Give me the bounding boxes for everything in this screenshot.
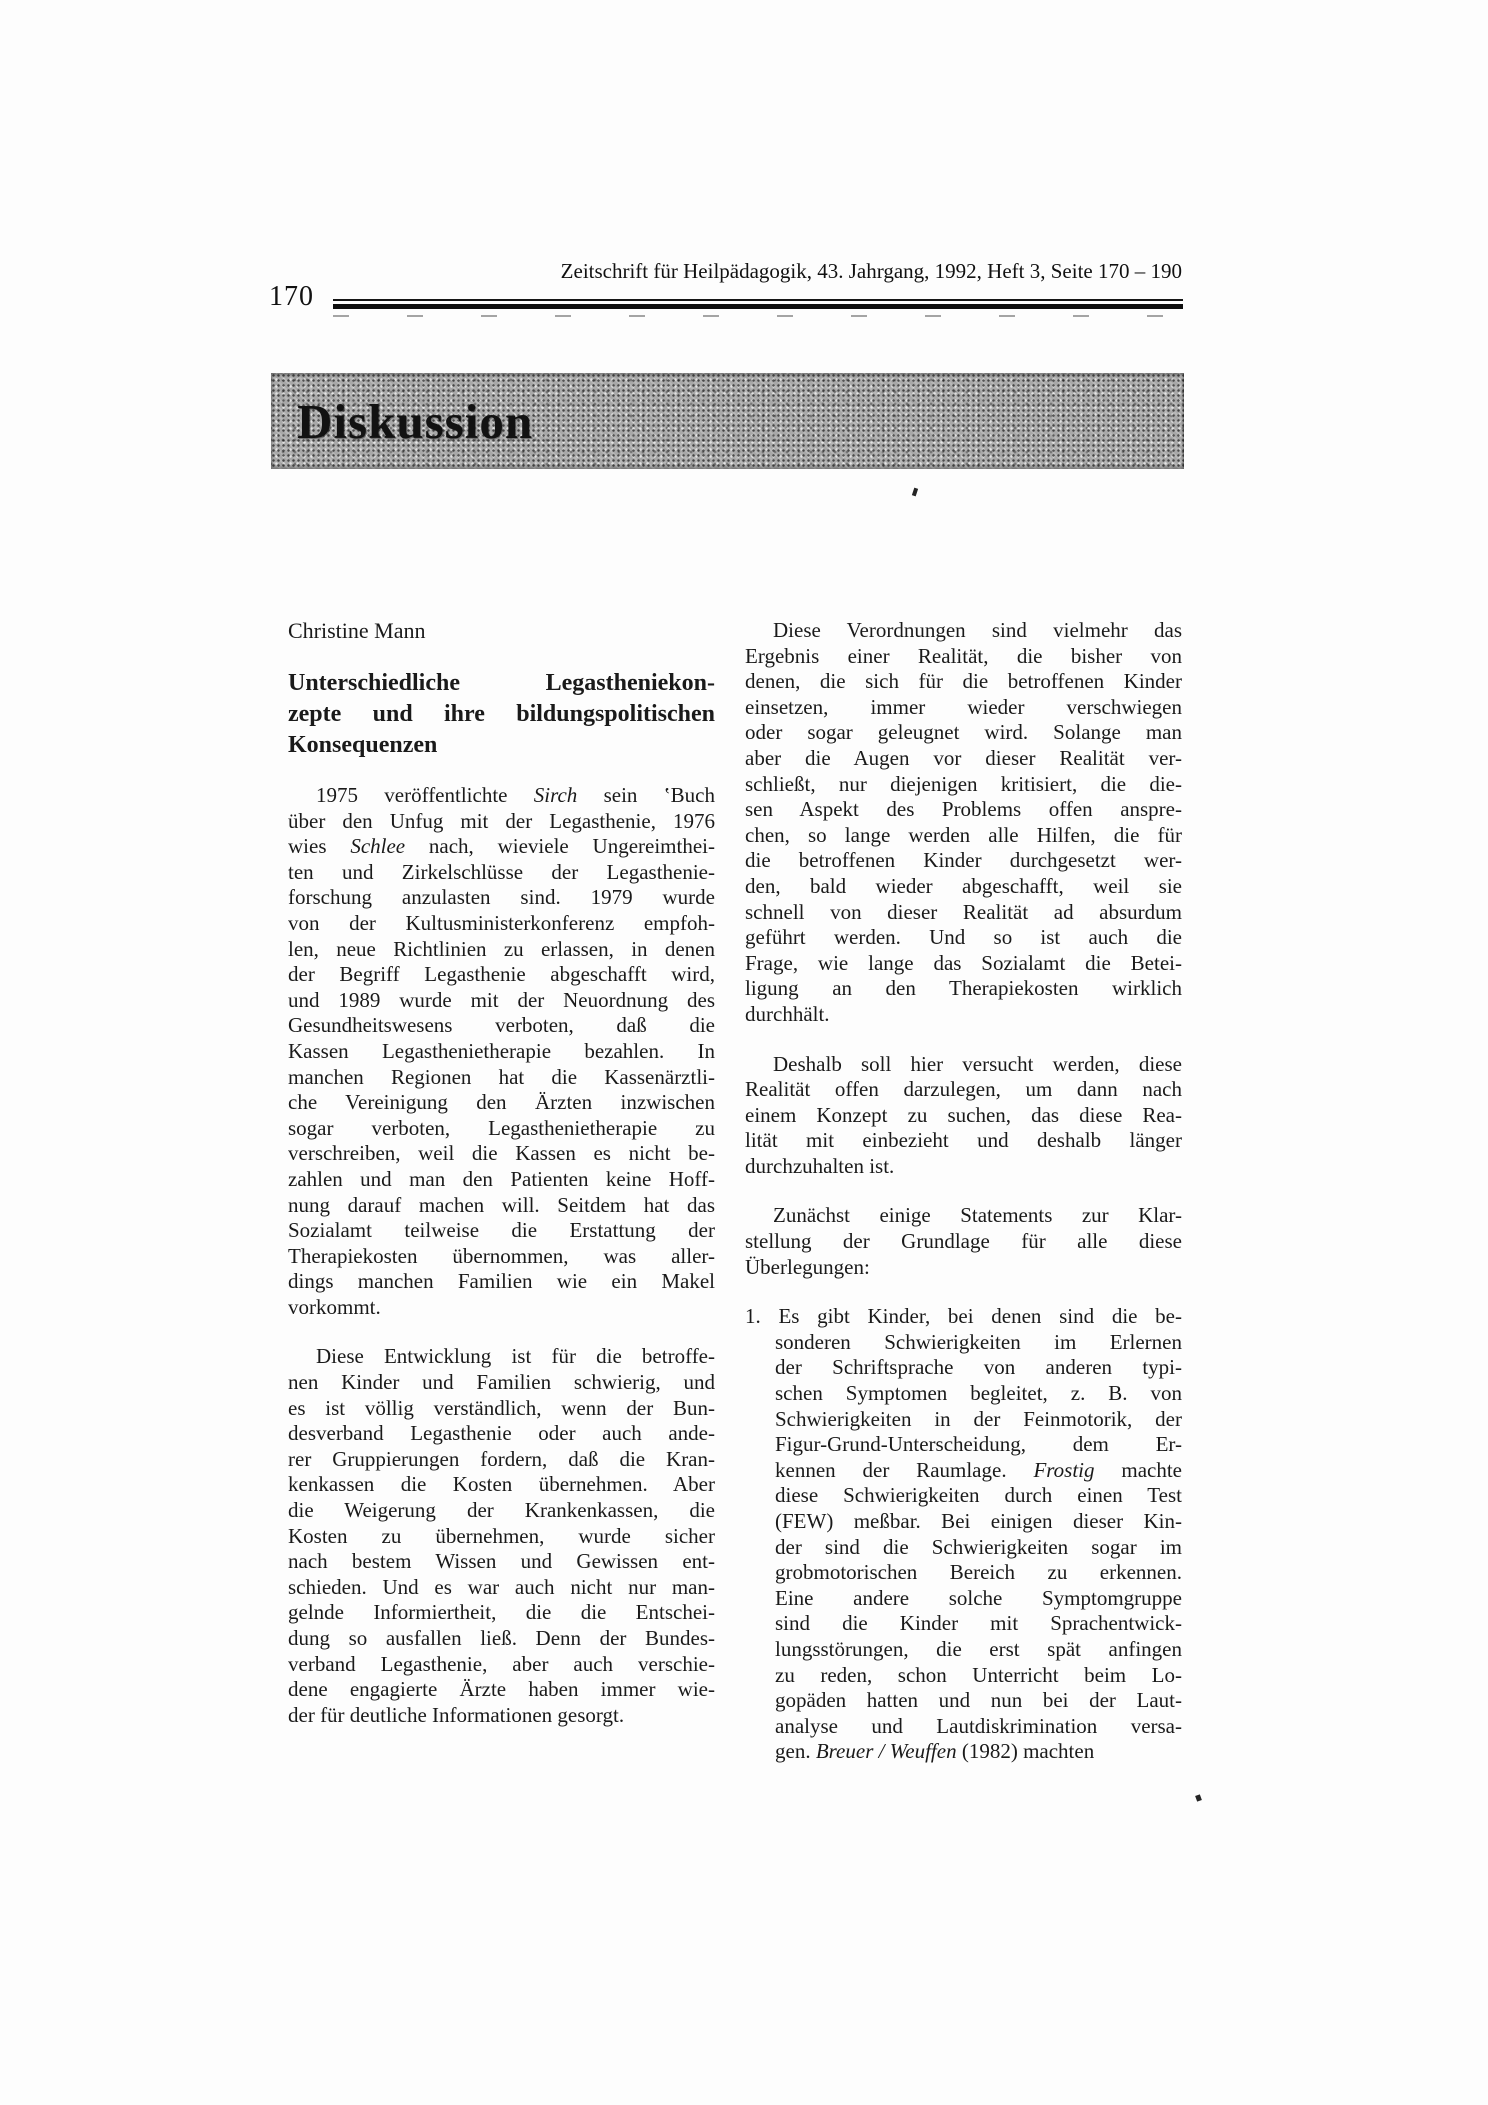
- article-author: Christine Mann: [288, 618, 715, 644]
- text-line: von der Kultusministerkonferenz empfoh-: [288, 911, 715, 937]
- text-line: die betroffenen Kinder durchgesetzt wer-: [745, 848, 1182, 874]
- text-line: schieden. Und es war auch nicht nur man-: [288, 1575, 715, 1601]
- text-line: ligung an den Therapiekosten wirklich: [745, 976, 1182, 1002]
- text-line: sind die Kinder mit Sprachentwick-: [775, 1611, 1182, 1637]
- title-line: zepte und ihre bildungspolitischen: [288, 699, 715, 730]
- text-line: Eine andere solche Symptomgruppe: [775, 1586, 1182, 1612]
- numbered-item: 1. Es gibt Kinder, bei denen sind die be…: [745, 1304, 1182, 1765]
- rule-noise: [333, 315, 1183, 317]
- text-line: einem Konzept zu suchen, das diese Rea-: [745, 1103, 1182, 1129]
- text-line: chen, so lange werden alle Hilfen, die f…: [745, 823, 1182, 849]
- text-line: dings manchen Familien wie ein Makel: [288, 1269, 715, 1295]
- text-line: diese Schwierigkeiten durch einen Test: [775, 1483, 1182, 1509]
- text-line: schen Symptomen begleitet, z. B. von: [775, 1381, 1182, 1407]
- text-line: die Weigerung der Krankenkassen, die: [288, 1498, 715, 1524]
- text-line: lität mit einbezieht und deshalb länger: [745, 1128, 1182, 1154]
- text-line: Diese Entwicklung ist für die betroffe-: [288, 1344, 715, 1370]
- text-line: vorkommt.: [288, 1295, 715, 1321]
- article-body: Christine Mann Unterschiedliche Legasthe…: [288, 618, 1182, 1765]
- text-line: manchen Regionen hat die Kassenärztli-: [288, 1065, 715, 1091]
- text-line: durchzuhalten ist.: [745, 1154, 1182, 1180]
- text-line: nung darauf machen will. Seitdem hat das: [288, 1193, 715, 1219]
- text-line: und 1989 wurde mit der Neuordnung des: [288, 988, 715, 1014]
- text-line: len, neue Richtlinien zu erlassen, in de…: [288, 937, 715, 963]
- text-line: Ergebnis einer Realität, die bisher von: [745, 644, 1182, 670]
- text-line: Schwierigkeiten in der Feinmotorik, der: [775, 1407, 1182, 1433]
- journal-header: Zeitschrift für Heilpädagogik, 43. Jahrg…: [561, 259, 1182, 284]
- paragraph: Deshalb soll hier versucht werden, diese…: [745, 1052, 1182, 1180]
- text-line: der für deutliche Informationen gesorgt.: [288, 1703, 715, 1729]
- text-line: Therapiekosten übernommen, was aller-: [288, 1244, 715, 1270]
- text-line: ten und Zirkelschlüsse der Legasthenie-: [288, 860, 715, 886]
- right-column: Diese Verordnungen sind vielmehr dasErge…: [745, 618, 1182, 1765]
- text-line: gelnde Informiertheit, die die Entschei-: [288, 1600, 715, 1626]
- text-line: Deshalb soll hier versucht werden, diese: [745, 1052, 1182, 1078]
- text-line: stellung der Grundlage für alle diese: [745, 1229, 1182, 1255]
- text-line: Zunächst einige Statements zur Klar-: [745, 1203, 1182, 1229]
- text-line: verband Legasthenie, aber auch verschie-: [288, 1652, 715, 1678]
- text-line: forschung anzulasten sind. 1979 wurde: [288, 885, 715, 911]
- text-line: Kassen Legasthenietherapie bezahlen. In: [288, 1039, 715, 1065]
- title-line: Unterschiedliche Legastheniekon-: [288, 668, 715, 699]
- text-line: kennen der Raumlage. Frostig machte: [775, 1458, 1182, 1484]
- text-line: durchhält.: [745, 1002, 1182, 1028]
- text-line: 1975 veröffentlichte Sirch sein ‛Buch: [288, 783, 715, 809]
- text-line: der Schriftsprache von anderen typi-: [775, 1355, 1182, 1381]
- text-line: Realität offen darzulegen, um dann nach: [745, 1077, 1182, 1103]
- text-line: sen Aspekt des Problems offen anspre-: [745, 797, 1182, 823]
- scan-artifact: [912, 488, 918, 497]
- text-line: grobmotorischen Bereich zu erkennen.: [775, 1560, 1182, 1586]
- text-line: oder sogar geleugnet wird. Solange man: [745, 720, 1182, 746]
- text-line: wies Schlee nach, wieviele Ungereimthei-: [288, 834, 715, 860]
- paragraph: Diese Entwicklung ist für die betroffe-n…: [288, 1344, 715, 1728]
- text-line: (FEW) meßbar. Bei einigen dieser Kin-: [775, 1509, 1182, 1535]
- text-line: Gesundheitswesens verboten, daß die: [288, 1013, 715, 1039]
- text-line: zahlen und man den Patienten keine Hoff-: [288, 1167, 715, 1193]
- text-line: aber die Augen vor dieser Realität ver-: [745, 746, 1182, 772]
- text-line: Überlegungen:: [745, 1255, 1182, 1281]
- text-line: es ist völlig verständlich, wenn der Bun…: [288, 1396, 715, 1422]
- text-line: lungsstörungen, die erst spät anfingen: [775, 1637, 1182, 1663]
- text-line: Frage, wie lange das Sozialamt die Betei…: [745, 951, 1182, 977]
- text-line: analyse und Lautdiskrimination versa-: [775, 1714, 1182, 1740]
- text-line: Kosten zu übernehmen, wurde sicher: [288, 1524, 715, 1550]
- text-line: che Vereinigung den Ärzten inzwischen: [288, 1090, 715, 1116]
- article-title: Unterschiedliche Legastheniekon-zepte un…: [288, 668, 715, 761]
- text-line: sonderen Schwierigkeiten im Erlernen: [775, 1330, 1182, 1356]
- text-line: dene engagierte Ärzte haben immer wie-: [288, 1677, 715, 1703]
- text-line: sogar verboten, Legasthenietherapie zu: [288, 1116, 715, 1142]
- text-line: Sozialamt teilweise die Erstattung der: [288, 1218, 715, 1244]
- paragraph: Diese Verordnungen sind vielmehr dasErge…: [745, 618, 1182, 1028]
- text-line: 1. Es gibt Kinder, bei denen sind die be…: [775, 1304, 1182, 1330]
- text-line: nach bestem Wissen und Gewissen ent-: [288, 1549, 715, 1575]
- text-line: nen Kinder und Familien schwierig, und: [288, 1370, 715, 1396]
- paragraph: 1975 veröffentlichte Sirch sein ‛Buchübe…: [288, 783, 715, 1320]
- text-line: rer Gruppierungen fordern, daß die Kran-: [288, 1447, 715, 1473]
- document-page: 170 Zeitschrift für Heilpädagogik, 43. J…: [0, 0, 1488, 2105]
- header-rule: [333, 299, 1183, 317]
- rule-thin: [333, 299, 1183, 301]
- text-line: kenkassen die Kosten übernehmen. Aber: [288, 1472, 715, 1498]
- text-line: geführt werden. Und so ist auch die: [745, 925, 1182, 951]
- paragraph: Zunächst einige Statements zur Klar-stel…: [745, 1203, 1182, 1280]
- page-number: 170: [269, 281, 314, 313]
- text-line: der Begriff Legasthenie abgeschafft wird…: [288, 962, 715, 988]
- scan-artifact: [1195, 1794, 1202, 1801]
- left-column: Christine Mann Unterschiedliche Legasthe…: [288, 618, 715, 1728]
- text-line: gen. Breuer / Weuffen (1982) machten: [775, 1739, 1182, 1765]
- text-line: Diese Verordnungen sind vielmehr das: [745, 618, 1182, 644]
- text-line: denen, die sich für die betroffenen Kind…: [745, 669, 1182, 695]
- text-line: den, bald wieder abgeschafft, weil sie: [745, 874, 1182, 900]
- text-line: desverband Legasthenie oder auch ande-: [288, 1421, 715, 1447]
- text-line: über den Unfug mit der Legasthenie, 1976: [288, 809, 715, 835]
- title-line: Konsequenzen: [288, 730, 715, 761]
- text-line: gopäden hatten und nun bei der Laut-: [775, 1688, 1182, 1714]
- text-line: einsetzen, immer wieder verschwiegen: [745, 695, 1182, 721]
- text-line: der sind die Schwierigkeiten sogar im: [775, 1535, 1182, 1561]
- text-line: Figur-Grund-Unterscheidung, dem Er-: [775, 1432, 1182, 1458]
- section-title: Diskussion: [297, 393, 533, 450]
- text-line: zu reden, schon Unterricht beim Lo-: [775, 1663, 1182, 1689]
- section-banner: Diskussion: [271, 373, 1184, 469]
- rule-thick: [333, 304, 1183, 309]
- text-line: verschreiben, weil die Kassen es nicht b…: [288, 1141, 715, 1167]
- text-line: schließt, nur diejenigen kritisiert, die…: [745, 772, 1182, 798]
- text-line: schnell von dieser Realität ad absurdum: [745, 900, 1182, 926]
- text-line: dung so ausfallen ließ. Denn der Bundes-: [288, 1626, 715, 1652]
